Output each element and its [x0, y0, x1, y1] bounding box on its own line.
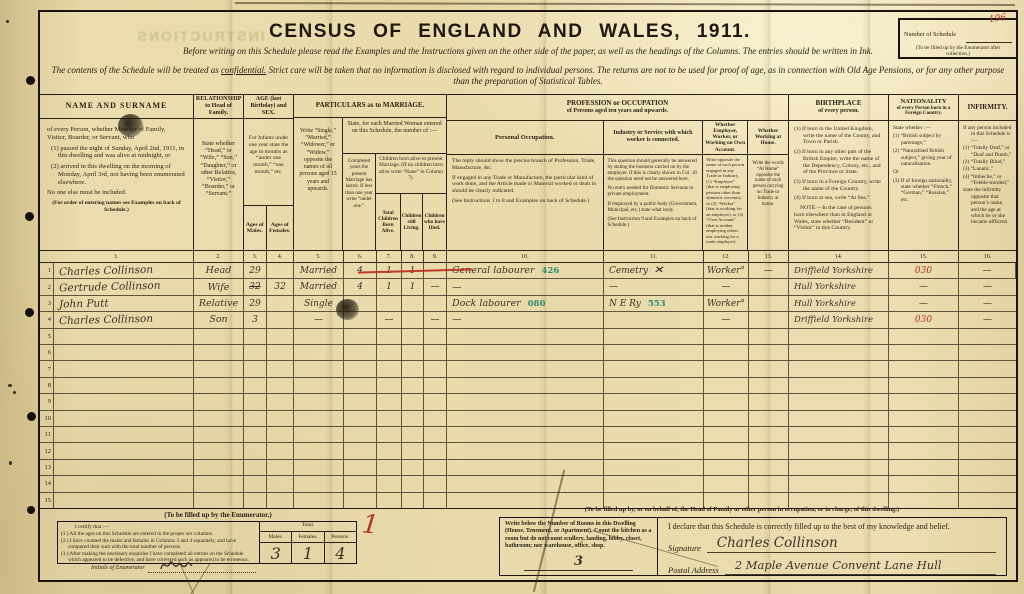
- cell-occupation: Dock labourer080: [447, 296, 604, 311]
- row-number: 2: [40, 279, 54, 294]
- cell-age_m: [244, 443, 267, 458]
- header-infirmity: INFIRMITY. If any person included in thi…: [959, 95, 1016, 250]
- cell-marriage: [294, 476, 344, 491]
- cell-nationality: [889, 329, 959, 344]
- punch-hole: [25, 308, 34, 317]
- handwritten-entry: —: [431, 315, 440, 325]
- cell-occupation: [447, 411, 604, 426]
- header-col13-title: Whether Working at Home.: [748, 121, 788, 155]
- cell-years: [344, 460, 377, 475]
- cell-at_home: [749, 329, 789, 344]
- cell-name: [54, 345, 194, 360]
- cell-name: [54, 427, 194, 442]
- enumerator-initials-scribble: [159, 557, 193, 576]
- handwritten-entry: —: [314, 315, 323, 325]
- table-body: 1Charles CollinsonHead29Married411—Gener…: [40, 263, 1016, 508]
- cell-age_f: [267, 329, 294, 344]
- cell-at_home: [749, 476, 789, 491]
- cell-nationality: [889, 427, 959, 442]
- col11-desc4: (See Instruction 9 and Examples on back …: [608, 216, 699, 228]
- schedule-number-label: Number of Schedule: [904, 31, 956, 38]
- handwritten-entry: Single: [304, 299, 333, 309]
- cell-died: [424, 378, 447, 393]
- column-number: 12.: [704, 251, 749, 262]
- cell-industry: [604, 312, 704, 327]
- cell-infirmity: [959, 460, 1016, 475]
- handwritten-entry: Charles Collinson: [59, 263, 153, 277]
- cell-marriage: [294, 394, 344, 409]
- cell-employer: —: [704, 312, 749, 327]
- cell-infirmity: —: [959, 296, 1016, 311]
- cell-industry: [604, 345, 704, 360]
- declaration-cell: I declare that this Schedule is correctl…: [658, 518, 1006, 575]
- punch-hole: [26, 76, 35, 85]
- cell-born: [377, 361, 402, 376]
- instruction-line-1: Before writing on this Schedule please r…: [40, 46, 1016, 56]
- table-row: 6: [40, 345, 1016, 361]
- handwritten-entry: Gertrude Collinson: [59, 280, 161, 295]
- totals-table: Total. Males. Females. Persons. 3 1 4: [259, 522, 356, 563]
- cell-infirmity: [959, 394, 1016, 409]
- cell-born: [377, 427, 402, 442]
- handwritten-entry: —: [609, 282, 618, 292]
- cell-born: [377, 296, 402, 311]
- cell-marriage: [294, 329, 344, 344]
- cell-employer: Worker°: [704, 296, 749, 311]
- handwritten-entry: —: [919, 282, 928, 292]
- cell-age_m: [244, 345, 267, 360]
- cell-infirmity: [959, 476, 1016, 491]
- cell-age_f: [267, 394, 294, 409]
- infirmity-item2: (2) “Totally Blind,”: [963, 159, 1012, 165]
- cell-relationship: Head: [194, 263, 244, 278]
- cell-relationship: [194, 476, 244, 491]
- ink-speck: [6, 20, 9, 23]
- cell-living: [402, 296, 424, 311]
- cell-marriage: [294, 361, 344, 376]
- cell-name: [54, 411, 194, 426]
- handwritten-entry: —: [983, 282, 992, 292]
- cell-birthplace: [789, 476, 889, 491]
- backing-sheet-edge: [235, 2, 1015, 6]
- cell-occupation: General labourer426: [447, 263, 604, 278]
- ink-speck: [13, 391, 16, 394]
- cell-born: [377, 345, 402, 360]
- header-age-title: AGE (last Birthday) and SEX.: [244, 95, 293, 119]
- cell-occupation: [447, 394, 604, 409]
- handwritten-entry: Hull Yorkshire: [794, 282, 856, 292]
- cell-name: Gertrude Collinson: [54, 279, 194, 294]
- schedule-number-value: 196: [988, 13, 1006, 25]
- cell-years: [344, 378, 377, 393]
- cell-marriage: [294, 443, 344, 458]
- instruction2-post: Strict care will be taken that no inform…: [266, 65, 1004, 75]
- cell-relationship: Wife: [194, 279, 244, 294]
- header-birthplace: BIRTHPLACE of every person. (1) If born …: [789, 95, 889, 250]
- row-number: 4: [40, 312, 54, 327]
- cell-birthplace: [789, 345, 889, 360]
- schedule-table: NAME AND SURNAME of every Person, whethe…: [40, 94, 1016, 509]
- cell-birthplace: [789, 329, 889, 344]
- cell-birthplace: Hull Yorkshire: [789, 296, 889, 311]
- header-name-desc: of every Person, whether Member of Famil…: [40, 119, 193, 216]
- cell-died: —: [424, 279, 447, 294]
- column-number-strip: 1.2.3.4.5.6.7.8.9.10.11.12.13.14.15.16.: [40, 251, 1016, 263]
- cell-employer: [704, 345, 749, 360]
- cell-years: [344, 329, 377, 344]
- column-number: 9.: [424, 251, 447, 262]
- cell-age_f: [267, 427, 294, 442]
- cell-years: [344, 443, 377, 458]
- column-number: 3.: [244, 251, 267, 262]
- cell-birthplace: [789, 427, 889, 442]
- cell-infirmity: [959, 378, 1016, 393]
- handwritten-entry: —: [983, 315, 992, 325]
- header-children-born: Total Children Born Alive.: [376, 194, 401, 250]
- cell-birthplace: [789, 394, 889, 409]
- header-personal-occupation: Personal Occupation. The reply should sh…: [447, 121, 604, 250]
- cell-occupation: —: [447, 312, 604, 327]
- cell-marriage: [294, 460, 344, 475]
- header-working-at-home: Whether Working at Home. Write the words…: [748, 121, 788, 250]
- name-desc-intro: of every Person, whether Member of Famil…: [47, 126, 186, 142]
- cell-living: [402, 476, 424, 491]
- cell-born: —: [377, 312, 402, 327]
- header-profession: PROFESSION or OCCUPATION of Persons aged…: [447, 95, 789, 250]
- header-ages-of-males: Ages of Males.: [244, 206, 267, 250]
- cell-at_home: [749, 443, 789, 458]
- cell-died: [424, 476, 447, 491]
- census-form: INSTRUCTIONS CENSUS OF ENGLAND AND WALES…: [38, 10, 1018, 582]
- initials-label: Initials of Enumerator: [91, 565, 145, 572]
- nationality-or: Or: [893, 169, 954, 175]
- cell-living: [402, 427, 424, 442]
- cell-age_m: [244, 329, 267, 344]
- cell-occupation: [447, 443, 604, 458]
- header-employer-worker: Whether Employer, Worker, or Working on …: [703, 121, 748, 250]
- cell-employer: [704, 476, 749, 491]
- cell-died: [424, 427, 447, 442]
- cell-nationality: [889, 378, 959, 393]
- cell-name: [54, 361, 194, 376]
- row-number: 15: [40, 493, 54, 508]
- totals-label: Total.: [260, 522, 356, 532]
- cell-employer: [704, 394, 749, 409]
- cell-at_home: [749, 279, 789, 294]
- signature-row: Signature Charles Collinson: [668, 534, 996, 553]
- column-number: 13.: [749, 251, 789, 262]
- census-schedule-scan: INSTRUCTIONS CENSUS OF ENGLAND AND WALES…: [0, 0, 1024, 594]
- cell-age_m: [244, 493, 267, 508]
- row-number: 10: [40, 411, 54, 426]
- handwritten-entry: —: [431, 282, 440, 292]
- cell-name: [54, 394, 194, 409]
- handwritten-entry: ✕: [653, 265, 666, 276]
- totals-males-value: 3: [271, 544, 281, 563]
- totals-col-males: Males.: [260, 532, 292, 542]
- cell-years: [344, 476, 377, 491]
- cell-nationality: —: [889, 296, 959, 311]
- cell-nationality: [889, 443, 959, 458]
- header-age: AGE (last Birthday) and SEX. For Infants…: [244, 95, 294, 250]
- cell-industry: Cemetry✕: [604, 263, 704, 278]
- header-nationality-title: NATIONALITY: [900, 98, 946, 105]
- cell-died: [424, 361, 447, 376]
- table-row: 4Charles CollinsonSon3—————Driffield Yor…: [40, 312, 1016, 328]
- cell-industry: [604, 427, 704, 442]
- table-row: 12: [40, 443, 1016, 459]
- handwritten-entry: 080: [528, 299, 546, 309]
- handwritten-entry: —: [385, 315, 394, 325]
- cell-at_home: —: [749, 263, 789, 278]
- birthplace-item1: (1) If born in the United Kingdom, write…: [794, 126, 883, 146]
- enumerator-box: I certify that :— (1.) All the ages on t…: [57, 521, 357, 564]
- cell-infirmity: [959, 443, 1016, 458]
- punch-hole: [27, 412, 36, 421]
- handwritten-entry: 030: [915, 315, 932, 325]
- cell-relationship: [194, 329, 244, 344]
- cell-infirmity: —: [959, 263, 1016, 278]
- cell-born: [377, 476, 402, 491]
- cell-nationality: —: [889, 279, 959, 294]
- handwritten-entry: —: [722, 282, 731, 292]
- totals-persons-value: 4: [335, 544, 345, 563]
- cell-industry: [604, 394, 704, 409]
- infirmity-item4: (4) “Imbecile,” or “Feeble-minded,”: [963, 174, 1012, 187]
- cell-relationship: [194, 394, 244, 409]
- cell-age_f: [267, 345, 294, 360]
- instruction-line-2: The contents of the Schedule will be tre…: [40, 65, 1016, 87]
- table-row: 8: [40, 378, 1016, 394]
- cell-at_home: [749, 411, 789, 426]
- cell-nationality: [889, 460, 959, 475]
- certify-item2: (2.) I have counted the males and female…: [61, 538, 256, 551]
- ink-blot: [118, 114, 143, 137]
- birthplace-item2: (2) If born in any other part of the Bri…: [794, 149, 883, 176]
- cell-industry: [604, 378, 704, 393]
- cell-age_m: 32: [244, 279, 267, 294]
- cell-years: [344, 361, 377, 376]
- enumerator-certification: I certify that :— (1.) All the ages on t…: [58, 522, 259, 563]
- cell-name: Charles Collinson: [54, 312, 194, 327]
- col11-desc2: No entry needed for Domestic Servants in…: [608, 185, 699, 197]
- cell-at_home: [749, 345, 789, 360]
- cell-nationality: [889, 345, 959, 360]
- cell-occupation: [447, 329, 604, 344]
- cell-relationship: Son: [194, 312, 244, 327]
- totals-col-persons: Persons.: [325, 532, 356, 542]
- cell-relationship: Relative: [194, 296, 244, 311]
- handwritten-entry: 29: [249, 299, 260, 309]
- row-number: 1: [40, 263, 54, 278]
- cell-age_f: [267, 263, 294, 278]
- name-desc-note2: (For order of entering names see Example…: [47, 200, 186, 213]
- handwritten-entry: General labourer: [452, 265, 535, 276]
- header-name: NAME AND SURNAME of every Person, whethe…: [40, 95, 194, 250]
- cell-born: [377, 411, 402, 426]
- cell-employer: Worker°: [704, 263, 749, 278]
- cell-years: [344, 345, 377, 360]
- cell-relationship: [194, 460, 244, 475]
- handwritten-entry: 32: [249, 282, 260, 292]
- handwritten-entry: 426: [542, 266, 560, 276]
- handwritten-entry: —: [722, 315, 731, 325]
- cell-relationship: [194, 427, 244, 442]
- cell-industry: [604, 476, 704, 491]
- header-col12-title: Whether Employer, Worker, or Working on …: [703, 121, 747, 155]
- cell-age_m: [244, 476, 267, 491]
- header-marriage: PARTICULARS as to MARRIAGE. Write “Singl…: [294, 95, 447, 250]
- cell-nationality: [889, 394, 959, 409]
- column-number: 7.: [377, 251, 402, 262]
- header-children-living: Children still Living.: [401, 194, 423, 250]
- cell-nationality: [889, 476, 959, 491]
- nationality-intro: State whether :—: [893, 125, 954, 131]
- cell-name: [54, 493, 194, 508]
- cell-years: [344, 394, 377, 409]
- cell-age_f: [267, 493, 294, 508]
- row-number: 12: [40, 443, 54, 458]
- header-relationship-title: RELATIONSHIP to Head of Family.: [194, 95, 243, 119]
- cell-relationship: [194, 443, 244, 458]
- infirmity-intro: If any person included in this Schedule …: [963, 125, 1012, 144]
- cell-marriage: [294, 345, 344, 360]
- cell-age_f: [267, 411, 294, 426]
- cell-living: [402, 411, 424, 426]
- cell-industry: [604, 329, 704, 344]
- row-number: 11: [40, 427, 54, 442]
- handwritten-entry: —: [452, 282, 462, 293]
- handwritten-entry: Worker°: [707, 266, 745, 276]
- column-number: 14.: [789, 251, 889, 262]
- cell-age_f: [267, 378, 294, 393]
- header-name-title: NAME AND SURNAME: [40, 95, 193, 119]
- cell-age_m: 3: [244, 312, 267, 327]
- header-profession-title: PROFESSION or OCCUPATION: [567, 100, 669, 108]
- table-row: 14: [40, 476, 1016, 492]
- postal-address-label: Postal Address: [668, 565, 719, 575]
- declaration-box: Write below the Number of Rooms in this …: [499, 517, 1007, 576]
- cell-died: [424, 493, 447, 508]
- row-number: 9: [40, 394, 54, 409]
- nationality-item2: (2) “Naturalised British subject,” givin…: [893, 148, 954, 167]
- cell-relationship: [194, 345, 244, 360]
- cell-employer: [704, 329, 749, 344]
- handwritten-entry: Charles Collinson: [59, 313, 153, 327]
- cell-living: [402, 493, 424, 508]
- cell-name: [54, 329, 194, 344]
- cell-marriage: [294, 493, 344, 508]
- cell-age_f: [267, 296, 294, 311]
- schedule-number-line: [966, 34, 1012, 43]
- declaration-text: I declare that this Schedule is correctl…: [668, 522, 996, 531]
- cell-marriage: [294, 378, 344, 393]
- header-marriage-title: PARTICULARS as to MARRIAGE.: [294, 95, 446, 118]
- cell-born: [377, 329, 402, 344]
- cell-birthplace: [789, 443, 889, 458]
- cell-relationship: [194, 378, 244, 393]
- cell-died: [424, 345, 447, 360]
- cell-years: 4: [344, 279, 377, 294]
- nationality-item1: (1) “British subject by parentage,”: [893, 133, 954, 146]
- cell-died: —: [424, 312, 447, 327]
- cell-age_f: [267, 312, 294, 327]
- cell-occupation: [447, 378, 604, 393]
- handwritten-entry: 1: [410, 282, 416, 292]
- cell-living: [402, 361, 424, 376]
- cell-birthplace: [789, 378, 889, 393]
- cell-employer: —: [704, 279, 749, 294]
- cell-at_home: [749, 361, 789, 376]
- cell-infirmity: [959, 361, 1016, 376]
- column-number: 11.: [604, 251, 704, 262]
- cell-nationality: 030: [889, 312, 959, 327]
- header-children-died: Children who have Died.: [423, 194, 446, 250]
- cell-age_m: 29: [244, 263, 267, 278]
- handwritten-entry: John Putt: [59, 297, 109, 310]
- column-number: 2.: [194, 251, 244, 262]
- header-birthplace-subtitle: of every person.: [818, 108, 859, 115]
- nationality-item3: (3) If of foreign nationality, state whe…: [893, 178, 954, 204]
- handwritten-entry: Head: [206, 265, 232, 276]
- cell-relationship: [194, 411, 244, 426]
- cell-relationship: [194, 361, 244, 376]
- header-industry: Industry or Service with which worker is…: [604, 121, 704, 250]
- cell-at_home: [749, 296, 789, 311]
- header-children-band: Children born alive to present Marriage.…: [376, 154, 446, 194]
- col10-desc3: (See Instructions 1 to 8 and Examples on…: [452, 198, 598, 205]
- row-number: 13: [40, 460, 54, 475]
- handwritten-entry: 030: [915, 266, 932, 276]
- instruction2-line2: than the preparation of Statistical Tabl…: [453, 76, 602, 86]
- infirmity-item3: (3) “Lunatic,”: [963, 166, 1012, 172]
- cell-industry: —: [604, 279, 704, 294]
- header-nationality-subtitle: of every Person born in a Foreign Countr…: [891, 106, 956, 117]
- cell-living: [402, 329, 424, 344]
- header-col10-title: Personal Occupation.: [447, 121, 603, 155]
- header-relationship-desc: State whether “Head,” or “Wife,” “Son,” …: [194, 119, 243, 221]
- cell-age_m: 29: [244, 296, 267, 311]
- col10-desc1: The reply should show the precise branch…: [452, 158, 598, 172]
- header-col11-title: Industry or Service with which worker is…: [604, 121, 703, 155]
- header-age-subcolumns: Ages of Males. Ages of Females.: [244, 206, 293, 250]
- cell-infirmity: —: [959, 312, 1016, 327]
- cell-at_home: [749, 460, 789, 475]
- cell-age_m: [244, 394, 267, 409]
- cell-living: [402, 345, 424, 360]
- signature-value: Charles Collinson: [717, 535, 838, 551]
- cell-employer: [704, 460, 749, 475]
- cell-birthplace: [789, 361, 889, 376]
- table-row: 1Charles CollinsonHead29Married411—Gener…: [40, 263, 1016, 279]
- cell-name: [54, 460, 194, 475]
- row-number: 3: [40, 296, 54, 311]
- row-number: 5: [40, 329, 54, 344]
- table-row: 9: [40, 394, 1016, 410]
- column-number: 6.: [344, 251, 377, 262]
- ink-blot: [336, 299, 359, 320]
- cell-nationality: [889, 361, 959, 376]
- totals-col-females: Females.: [292, 532, 324, 542]
- table-row: 11: [40, 427, 1016, 443]
- cell-years: [344, 427, 377, 442]
- rooms-cell: Write below the Number of Rooms in this …: [500, 518, 658, 575]
- postal-address-value: 2 Maple Avenue Convent Lane Hull: [735, 558, 942, 572]
- column-number: 8.: [402, 251, 424, 262]
- cell-died: [424, 296, 447, 311]
- column-number: 4.: [267, 251, 294, 262]
- cell-nationality: [889, 411, 959, 426]
